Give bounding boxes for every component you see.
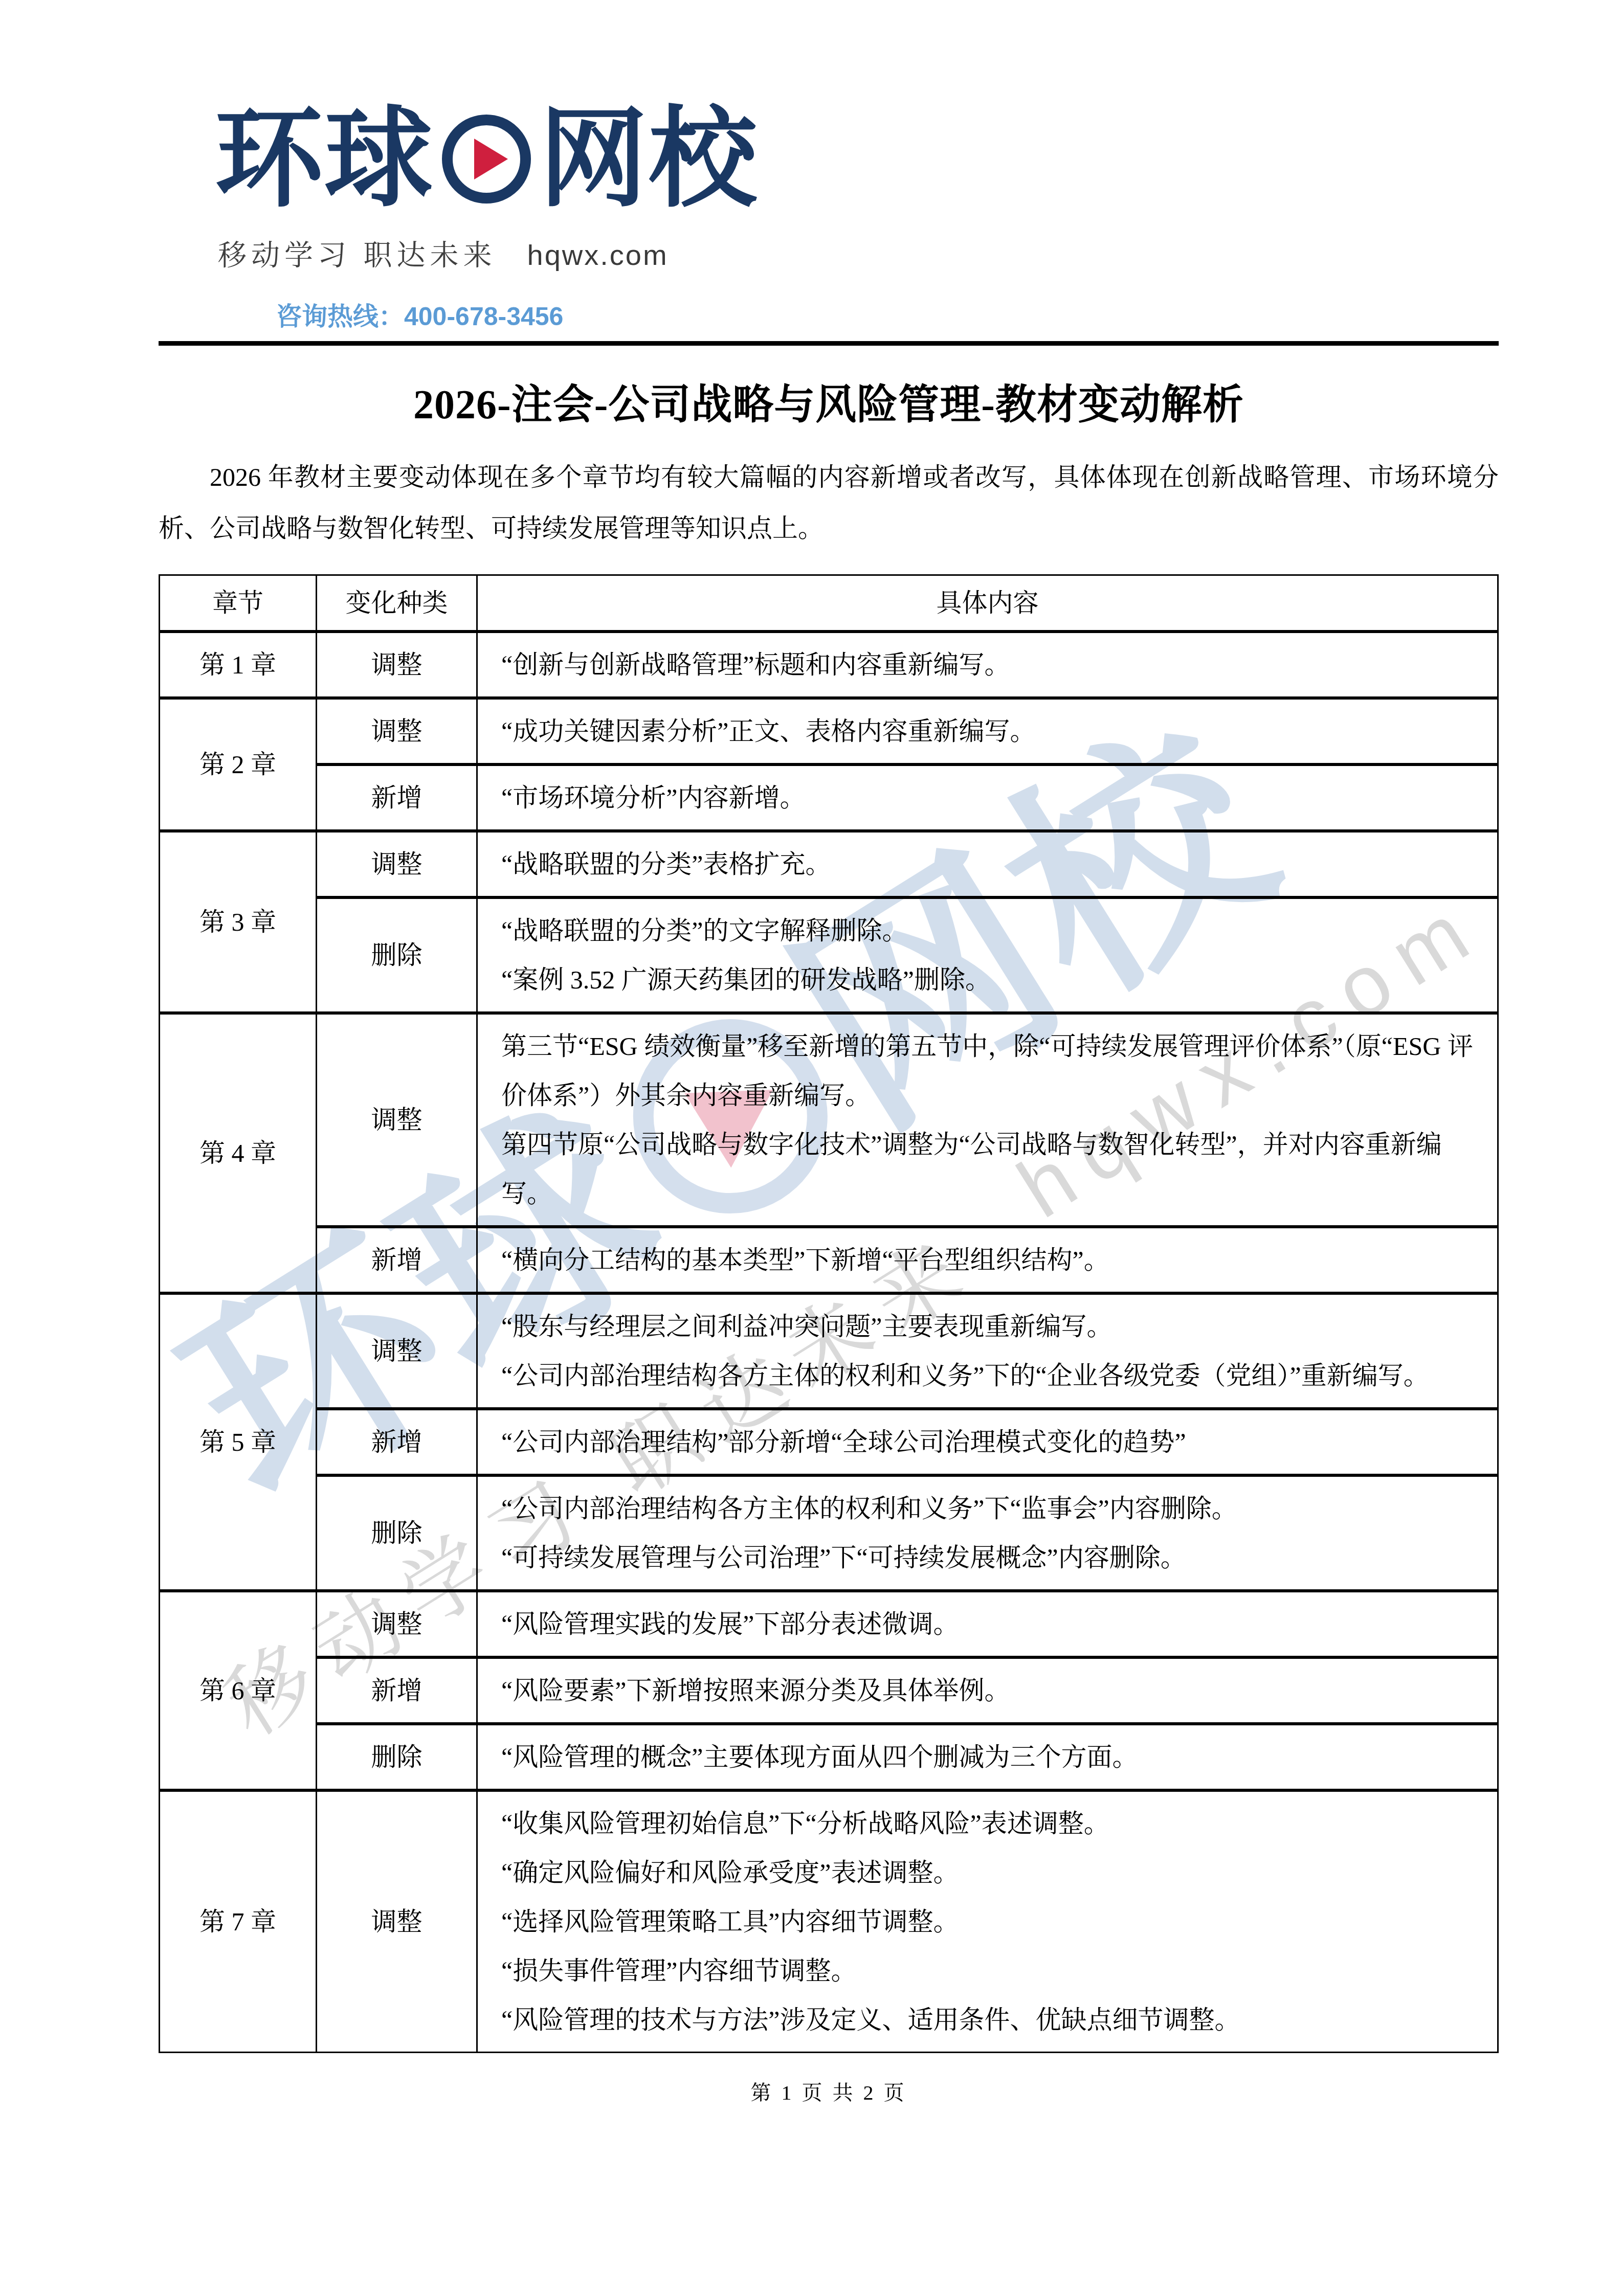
brand-tagline: 移动学习 职达未来	[218, 233, 497, 274]
content-line: “确定风险偏好和风险承受度”表述调整。	[501, 1848, 1477, 1897]
change-content-cell: “横向分工结构的基本类型”下新增“平台型组织结构”。	[477, 1227, 1498, 1293]
change-type-cell: 调整	[317, 698, 477, 764]
page-header: 环球 网校 移动学习 职达未来 hqwx.com 咨询热线：400-678-34…	[215, 0, 1499, 333]
changes-table-head: 章节 变化种类 具体内容	[160, 575, 1498, 632]
changes-table-body: 第 1 章调整“创新与创新战略管理”标题和内容重新编写。第 2 章调整“成功关键…	[160, 632, 1498, 2053]
header-row: 章节 变化种类 具体内容	[160, 575, 1498, 632]
table-row: 第 2 章调整“成功关键因素分析”正文、表格内容重新编写。	[160, 698, 1498, 764]
chapter-cell: 第 6 章	[160, 1591, 317, 1790]
change-content-cell: “市场环境分析”内容新增。	[477, 764, 1498, 831]
table-row: 新增“横向分工结构的基本类型”下新增“平台型组织结构”。	[160, 1227, 1498, 1293]
change-content-cell: “股东与经理层之间利益冲突问题”主要表现重新编写。“公司内部治理结构各方主体的权…	[477, 1293, 1498, 1409]
change-type-cell: 调整	[317, 1293, 477, 1409]
table-row: 第 6 章调整“风险管理实践的发展”下部分表述微调。	[160, 1591, 1498, 1657]
change-content-cell: 第三节“ESG 绩效衡量”移至新增的第五节中，除“可持续发展管理评价体系”（原“…	[477, 1013, 1498, 1227]
content-line: “市场环境分析”内容新增。	[501, 773, 1477, 822]
change-content-cell: “公司内部治理结构”部分新增“全球公司治理模式变化的趋势”	[477, 1409, 1498, 1475]
brand-website: hqwx.com	[527, 238, 669, 272]
change-type-cell: 新增	[317, 1409, 477, 1475]
change-type-cell: 新增	[317, 1657, 477, 1724]
change-type-cell: 调整	[317, 1013, 477, 1227]
content-line: “风险管理的概念”主要体现方面从四个删减为三个方面。	[501, 1732, 1477, 1782]
intro-paragraph: 2026 年教材主要变动体现在多个章节均有较大篇幅的内容新增或者改写，具体体现在…	[159, 452, 1499, 554]
change-type-cell: 删除	[317, 1475, 477, 1591]
change-type-cell: 删除	[317, 1724, 477, 1790]
col-header-chapter: 章节	[160, 575, 317, 632]
table-row: 删除“风险管理的概念”主要体现方面从四个删减为三个方面。	[160, 1724, 1498, 1790]
table-row: 第 7 章调整“收集风险管理初始信息”下“分析战略风险”表述调整。“确定风险偏好…	[160, 1790, 1498, 2053]
table-row: 新增“市场环境分析”内容新增。	[160, 764, 1498, 831]
change-content-cell: “创新与创新战略管理”标题和内容重新编写。	[477, 632, 1498, 698]
content-line: “可持续发展管理与公司治理”下“可持续发展概念”内容删除。	[501, 1533, 1477, 1582]
table-row: 第 4 章调整第三节“ESG 绩效衡量”移至新增的第五节中，除“可持续发展管理评…	[160, 1013, 1498, 1227]
content-line: “损失事件管理”内容细节调整。	[501, 1946, 1477, 1995]
logo-text-left: 环球	[215, 105, 434, 213]
content-line: “战略联盟的分类”表格扩充。	[501, 840, 1477, 889]
table-row: 第 3 章调整“战略联盟的分类”表格扩充。	[160, 831, 1498, 897]
content-line: 第四节原“公司战略与数字化技术”调整为“公司战略与数智化转型”，并对内容重新编写…	[501, 1120, 1477, 1218]
logo-text-right: 网校	[539, 105, 758, 213]
hotline-number: 400-678-3456	[404, 302, 563, 331]
header-divider	[159, 341, 1499, 346]
content-line: “风险管理实践的发展”下部分表述微调。	[501, 1600, 1477, 1649]
changes-table: 章节 变化种类 具体内容 第 1 章调整“创新与创新战略管理”标题和内容重新编写…	[159, 574, 1499, 2053]
change-type-cell: 新增	[317, 1227, 477, 1293]
change-content-cell: “风险管理的概念”主要体现方面从四个删减为三个方面。	[477, 1724, 1498, 1790]
change-content-cell: “战略联盟的分类”表格扩充。	[477, 831, 1498, 897]
page-title: 2026-注会-公司战略与风险管理-教材变动解析	[159, 371, 1499, 430]
change-type-cell: 调整	[317, 1591, 477, 1657]
content-line: “创新与创新战略管理”标题和内容重新编写。	[501, 640, 1477, 689]
table-row: 删除“战略联盟的分类”的文字解释删除。“案例 3.52 广源天药集团的研发战略”…	[160, 897, 1498, 1013]
change-content-cell: “战略联盟的分类”的文字解释删除。“案例 3.52 广源天药集团的研发战略”删除…	[477, 897, 1498, 1013]
col-header-change-type: 变化种类	[317, 575, 477, 632]
chapter-cell: 第 5 章	[160, 1293, 317, 1591]
content-line: “案例 3.52 广源天药集团的研发战略”删除。	[501, 955, 1477, 1004]
content-line: “收集风险管理初始信息”下“分析战略风险”表述调整。	[501, 1799, 1477, 1848]
change-type-cell: 新增	[317, 764, 477, 831]
document-page: 环球 网校 移动学习 职达未来 hqwx.com 环球 网校 移动学习 职达未来…	[0, 0, 1624, 2296]
content-line: “选择风险管理策略工具”内容细节调整。	[501, 1897, 1477, 1946]
chapter-cell: 第 7 章	[160, 1790, 317, 2053]
col-header-content: 具体内容	[477, 575, 1498, 632]
change-type-cell: 调整	[317, 1790, 477, 2053]
table-row: 第 1 章调整“创新与创新战略管理”标题和内容重新编写。	[160, 632, 1498, 698]
table-row: 新增“风险要素”下新增按照来源分类及具体举例。	[160, 1657, 1498, 1724]
content-line: “成功关键因素分析”正文、表格内容重新编写。	[501, 707, 1477, 756]
content-line: “公司内部治理结构各方主体的权利和义务”下“监事会”内容删除。	[501, 1484, 1477, 1533]
change-type-cell: 调整	[317, 831, 477, 897]
chapter-cell: 第 2 章	[160, 698, 317, 831]
chapter-cell: 第 1 章	[160, 632, 317, 698]
brand-tagline-row: 移动学习 职达未来 hqwx.com	[218, 233, 1499, 274]
chapter-cell: 第 3 章	[160, 831, 317, 1013]
table-row: 删除“公司内部治理结构各方主体的权利和义务”下“监事会”内容删除。“可持续发展管…	[160, 1475, 1498, 1591]
change-content-cell: “收集风险管理初始信息”下“分析战略风险”表述调整。“确定风险偏好和风险承受度”…	[477, 1790, 1498, 2053]
content-line: 第三节“ESG 绩效衡量”移至新增的第五节中，除“可持续发展管理评价体系”（原“…	[501, 1022, 1477, 1120]
hotline: 咨询热线：400-678-3456	[276, 296, 1499, 333]
page-content: 环球 网校 移动学习 职达未来 hqwx.com 咨询热线：400-678-34…	[0, 0, 1624, 2106]
change-content-cell: “公司内部治理结构各方主体的权利和义务”下“监事会”内容删除。“可持续发展管理与…	[477, 1475, 1498, 1591]
change-type-cell: 调整	[317, 632, 477, 698]
content-line: “股东与经理层之间利益冲突问题”主要表现重新编写。	[501, 1302, 1477, 1351]
table-row: 第 5 章调整“股东与经理层之间利益冲突问题”主要表现重新编写。“公司内部治理结…	[160, 1293, 1498, 1409]
content-line: “公司内部治理结构各方主体的权利和义务”下的“企业各级党委（党组）”重新编写。	[501, 1351, 1477, 1400]
change-content-cell: “成功关键因素分析”正文、表格内容重新编写。	[477, 698, 1498, 764]
content-line: “公司内部治理结构”部分新增“全球公司治理模式变化的趋势”	[501, 1417, 1477, 1467]
change-content-cell: “风险要素”下新增按照来源分类及具体举例。	[477, 1657, 1498, 1724]
page-footer: 第 1 页 共 2 页	[159, 2077, 1499, 2106]
content-line: “风险要素”下新增按照来源分类及具体举例。	[501, 1666, 1477, 1715]
table-row: 新增“公司内部治理结构”部分新增“全球公司治理模式变化的趋势”	[160, 1409, 1498, 1475]
brand-logo: 环球 网校	[215, 105, 1499, 213]
play-triangle-icon	[474, 139, 508, 179]
hotline-label: 咨询热线：	[276, 302, 404, 331]
change-type-cell: 删除	[317, 897, 477, 1013]
change-content-cell: “风险管理实践的发展”下部分表述微调。	[477, 1591, 1498, 1657]
play-icon	[442, 115, 531, 204]
chapter-cell: 第 4 章	[160, 1013, 317, 1293]
content-line: “战略联盟的分类”的文字解释删除。	[501, 906, 1477, 955]
content-line: “横向分工结构的基本类型”下新增“平台型组织结构”。	[501, 1235, 1477, 1285]
content-line: “风险管理的技术与方法”涉及定义、适用条件、优缺点细节调整。	[501, 1995, 1477, 2044]
